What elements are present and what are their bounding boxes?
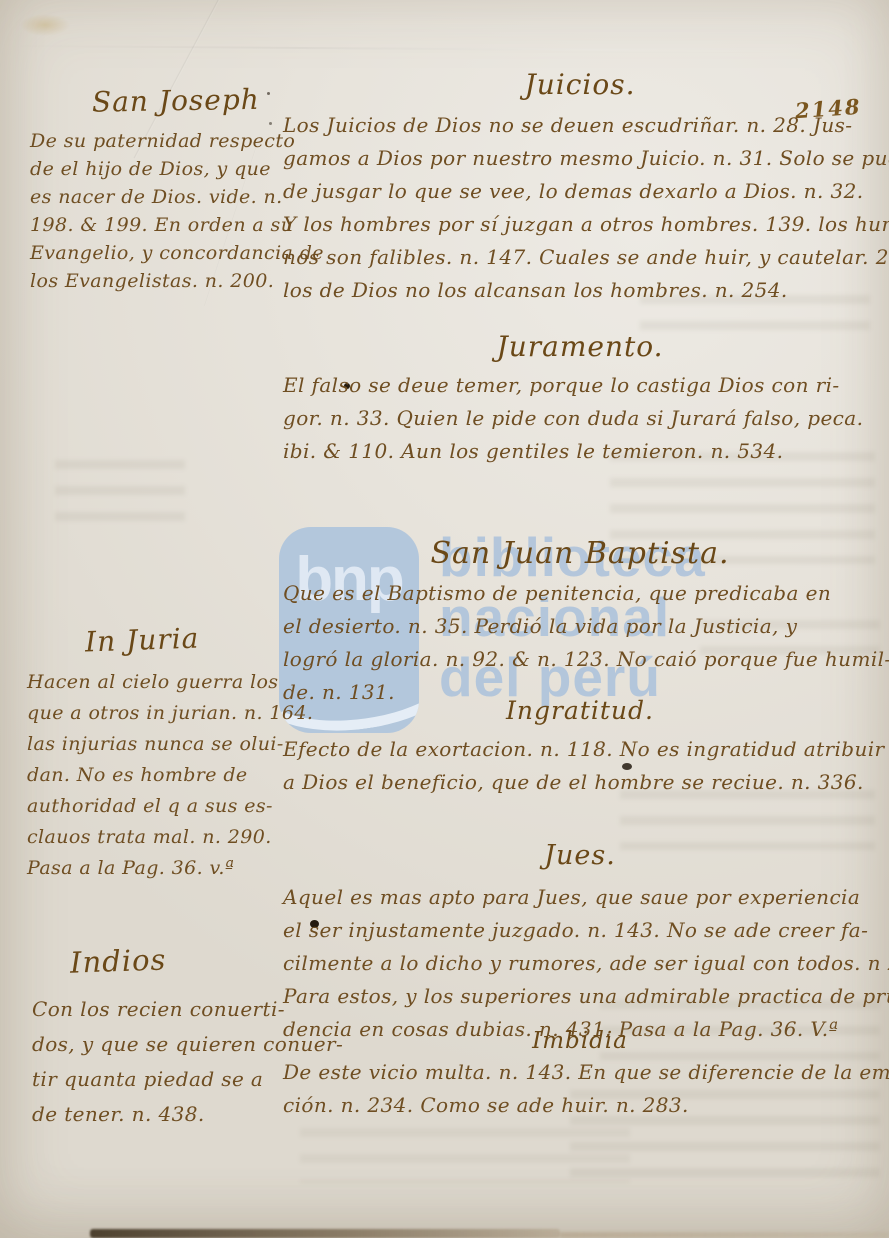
- manuscript-line: 198. & 199. En orden a su: [30, 211, 285, 239]
- bleed-through-text: [300, 1128, 630, 1183]
- manuscript-line: Para estos, y los superiores una admirab…: [283, 980, 877, 1013]
- section-juicios: Juicios. Los Juicios de Dios no se deuen…: [283, 68, 877, 307]
- heading-indios: Indios: [69, 938, 285, 979]
- manuscript-line: De su paternidad respecto: [30, 127, 285, 155]
- manuscript-line: gamos a Dios por nuestro mesmo Juicio. n…: [283, 142, 877, 175]
- heading-jues: Jues.: [283, 840, 877, 871]
- manuscript-line: el desierto. n. 35. Perdió la vida por l…: [283, 610, 877, 643]
- manuscript-line: gor. n. 33. Quien le pide con duda si Ju…: [283, 402, 877, 435]
- manuscript-line: los de Dios no los alcansan los hombres.…: [283, 274, 877, 307]
- manuscript-line: de jusgar lo que se vee, lo demas dexarl…: [283, 175, 877, 208]
- page-bottom-edge: [90, 1229, 560, 1238]
- manuscript-line: Que es el Baptismo de penitencia, que pr…: [283, 577, 877, 610]
- paper-stain: [20, 14, 70, 36]
- paper-crease: [0, 45, 889, 53]
- manuscript-line: las injurias nunca se olui-: [27, 729, 285, 760]
- manuscript-line: tir quanta piedad se a: [32, 1062, 285, 1097]
- page-bottom-edge: [560, 1232, 889, 1238]
- manuscript-line: ibi. & 110. Aun los gentiles le temieron…: [283, 435, 877, 468]
- manuscript-line: Los Juicios de Dios no se deuen escudriñ…: [283, 109, 877, 142]
- manuscript-line: de el hijo de Dios, y que: [30, 155, 285, 183]
- section-indios: Indios Con los recien conuerti- dos, y q…: [32, 942, 285, 1132]
- manuscript-line: el ser injustamente juzgado. n. 143. No …: [283, 914, 877, 947]
- manuscript-line: Evangelio, y concordancia de: [30, 239, 285, 267]
- manuscript-page: bnp biblioteca nacional del perú 2148 Sa…: [0, 0, 889, 1238]
- section-ingratitud: Ingratitud. Efecto de la exortacion. n. …: [283, 696, 877, 799]
- section-san-juan-baptista: San Juan Baptista. Que es el Baptismo de…: [283, 536, 877, 709]
- manuscript-line: dan. No es hombre de: [27, 760, 285, 791]
- manuscript-line: que a otros in jurian. n. 164.: [27, 698, 285, 729]
- heading-imbidia: Imbidia: [283, 1028, 877, 1054]
- heading-ingratitud: Ingratitud.: [283, 696, 877, 725]
- manuscript-line: dos, y que se quieren conuer-: [32, 1027, 285, 1062]
- manuscript-line: ción. n. 234. Como se ade huir. n. 283.: [283, 1089, 877, 1122]
- manuscript-line: cilmente a lo dicho y rumores, ade ser i…: [283, 947, 877, 980]
- manuscript-line: Con los recien conuerti-: [32, 992, 285, 1027]
- section-san-joseph: San Joseph De su paternidad respecto de …: [30, 84, 285, 295]
- section-juramento: Juramento. El falso se deue temer, porqu…: [283, 330, 877, 468]
- heading-juicios: Juicios.: [283, 68, 877, 101]
- manuscript-line: Aquel es mas apto para Jues, que saue po…: [283, 881, 877, 914]
- section-in-juria: In Juria Hacen al cielo guerra los que a…: [27, 622, 285, 884]
- manuscript-line: Hacen al cielo guerra los: [27, 667, 285, 698]
- heading-san-joseph: San Joseph: [92, 82, 286, 118]
- manuscript-line: El falso se deue temer, porque lo castig…: [283, 369, 877, 402]
- heading-san-juan-baptista: San Juan Baptista.: [283, 536, 877, 571]
- manuscript-line: a Dios el beneficio, que de el hombre se…: [283, 766, 877, 799]
- manuscript-line: authoridad el q a sus es-: [27, 791, 285, 822]
- manuscript-line: nos son falibles. n. 147. Cuales se ande…: [283, 241, 877, 274]
- manuscript-line: Pasa a la Pag. 36. v.ª: [27, 853, 285, 884]
- heading-in-juria: In Juria: [84, 619, 285, 659]
- bleed-through-text: [55, 460, 185, 530]
- manuscript-line: Efecto de la exortacion. n. 118. No es i…: [283, 733, 877, 766]
- manuscript-line: clauos trata mal. n. 290.: [27, 822, 285, 853]
- manuscript-line: De este vicio multa. n. 143. En que se d…: [283, 1056, 877, 1089]
- section-imbidia: Imbidia De este vicio multa. n. 143. En …: [283, 1028, 877, 1122]
- manuscript-line: los Evangelistas. n. 200.: [30, 267, 285, 295]
- manuscript-line: logró la gloria. n. 92. & n. 123. No cai…: [283, 643, 877, 676]
- manuscript-line: de tener. n. 438.: [32, 1097, 285, 1132]
- section-jues: Jues. Aquel es mas apto para Jues, que s…: [283, 840, 877, 1046]
- manuscript-line: Y los hombres por sí juzgan a otros homb…: [283, 208, 877, 241]
- manuscript-line: es nacer de Dios. vide. n.: [30, 183, 285, 211]
- heading-juramento: Juramento.: [283, 330, 877, 363]
